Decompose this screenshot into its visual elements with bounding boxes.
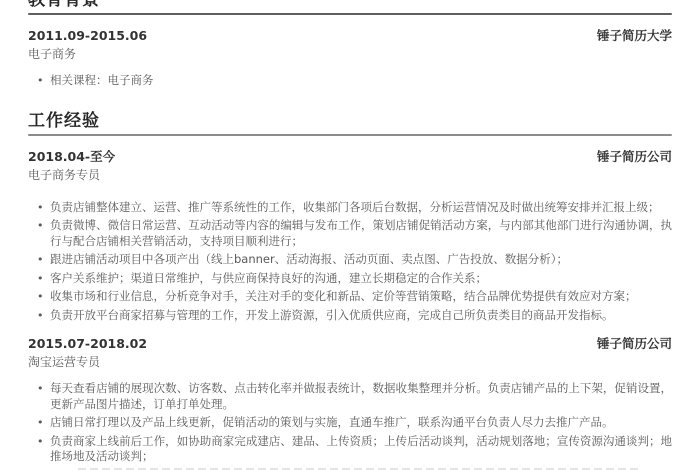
bullet-item: 负责商家上线前后工作，如协助商家完成建店、建品、上传资质；上传后活动谈判，活动规… xyxy=(28,434,672,465)
entry-date: 2018.04-至今 xyxy=(28,149,115,165)
entry-date: 2015.07-2018.02 xyxy=(28,336,147,352)
bullet-item: 收集市场和行业信息，分析竞争对手，关注对手的变化和新品、定价等营销策略，结合品牌… xyxy=(28,289,672,305)
entry-role: 淘宝运营专员 xyxy=(28,354,672,370)
bullet-item: 负责店铺整体建立、运营、推广等系统性的工作，收集部门各项后台数据，分析运营情况及… xyxy=(28,200,672,216)
entry-organization: 锤子简历公司 xyxy=(597,336,672,352)
bullet-item: 负责开放平台商家招募与管理的工作，开发上游资源，引入优质供应商，完成自己所负责类… xyxy=(28,308,672,324)
section-education: 教育背景 2011.09-2015.06 锤子简历大学 电子商务 相关课程：电子… xyxy=(28,0,672,89)
entry-role: 电子商务 xyxy=(28,46,672,62)
section-title-work-experience: 工作经验 xyxy=(28,110,672,132)
bullet-list: 负责店铺整体建立、运营、推广等系统性的工作，收集部门各项后台数据，分析运营情况及… xyxy=(28,200,672,324)
bullet-item: 店铺日常打理以及产品上线更新，促销活动的策划与实施，直通车推广，联系沟通平台负责… xyxy=(28,415,672,431)
bullet-item: 跟进店铺活动项目中各项产出（线上banner、活动海报、活动页面、卖点图、广告投… xyxy=(28,252,672,268)
education-entry: 2011.09-2015.06 锤子简历大学 电子商务 相关课程：电子商务 xyxy=(28,28,672,89)
section-divider xyxy=(28,134,672,136)
bullet-list: 相关课程：电子商务 xyxy=(28,73,672,89)
bullet-item: 负责微博、微信日常运营、互动活动等内容的编辑与发布工作，策划店铺促销活动方案，与… xyxy=(28,218,672,249)
bullet-list: 每天查看店铺的展现次数、访客数、点击转化率并做报表统计，数据收集整理并分析。负责… xyxy=(28,381,672,465)
bullet-item: 每天查看店铺的展现次数、访客数、点击转化率并做报表统计，数据收集整理并分析。负责… xyxy=(28,381,672,412)
section-work-experience: 工作经验 2018.04-至今 锤子简历公司 电子商务专员 负责店铺整体建立、运… xyxy=(28,110,672,470)
section-divider xyxy=(28,13,672,15)
entry-role: 电子商务专员 xyxy=(28,167,672,183)
resume-page: 教育背景 2011.09-2015.06 锤子简历大学 电子商务 相关课程：电子… xyxy=(0,0,700,470)
bullet-item: 客户关系维护；渠道日常维护，与供应商保持良好的沟通，建立长期稳定的合作关系； xyxy=(28,271,672,287)
entry-header: 2011.09-2015.06 锤子简历大学 xyxy=(28,28,672,44)
entry-organization: 锤子简历大学 xyxy=(597,28,672,44)
bullet-item: 相关课程：电子商务 xyxy=(28,73,672,89)
section-title-education: 教育背景 xyxy=(28,0,672,11)
entry-header: 2018.04-至今 锤子简历公司 xyxy=(28,149,672,165)
entry-date: 2011.09-2015.06 xyxy=(28,28,147,44)
work-entry: 2015.07-2018.02 锤子简历公司 淘宝运营专员 每天查看店铺的展现次… xyxy=(28,336,672,470)
entry-organization: 锤子简历公司 xyxy=(597,149,672,165)
work-entry: 2018.04-至今 锤子简历公司 电子商务专员 负责店铺整体建立、运营、推广等… xyxy=(28,149,672,324)
entry-header: 2015.07-2018.02 锤子简历公司 xyxy=(28,336,672,352)
